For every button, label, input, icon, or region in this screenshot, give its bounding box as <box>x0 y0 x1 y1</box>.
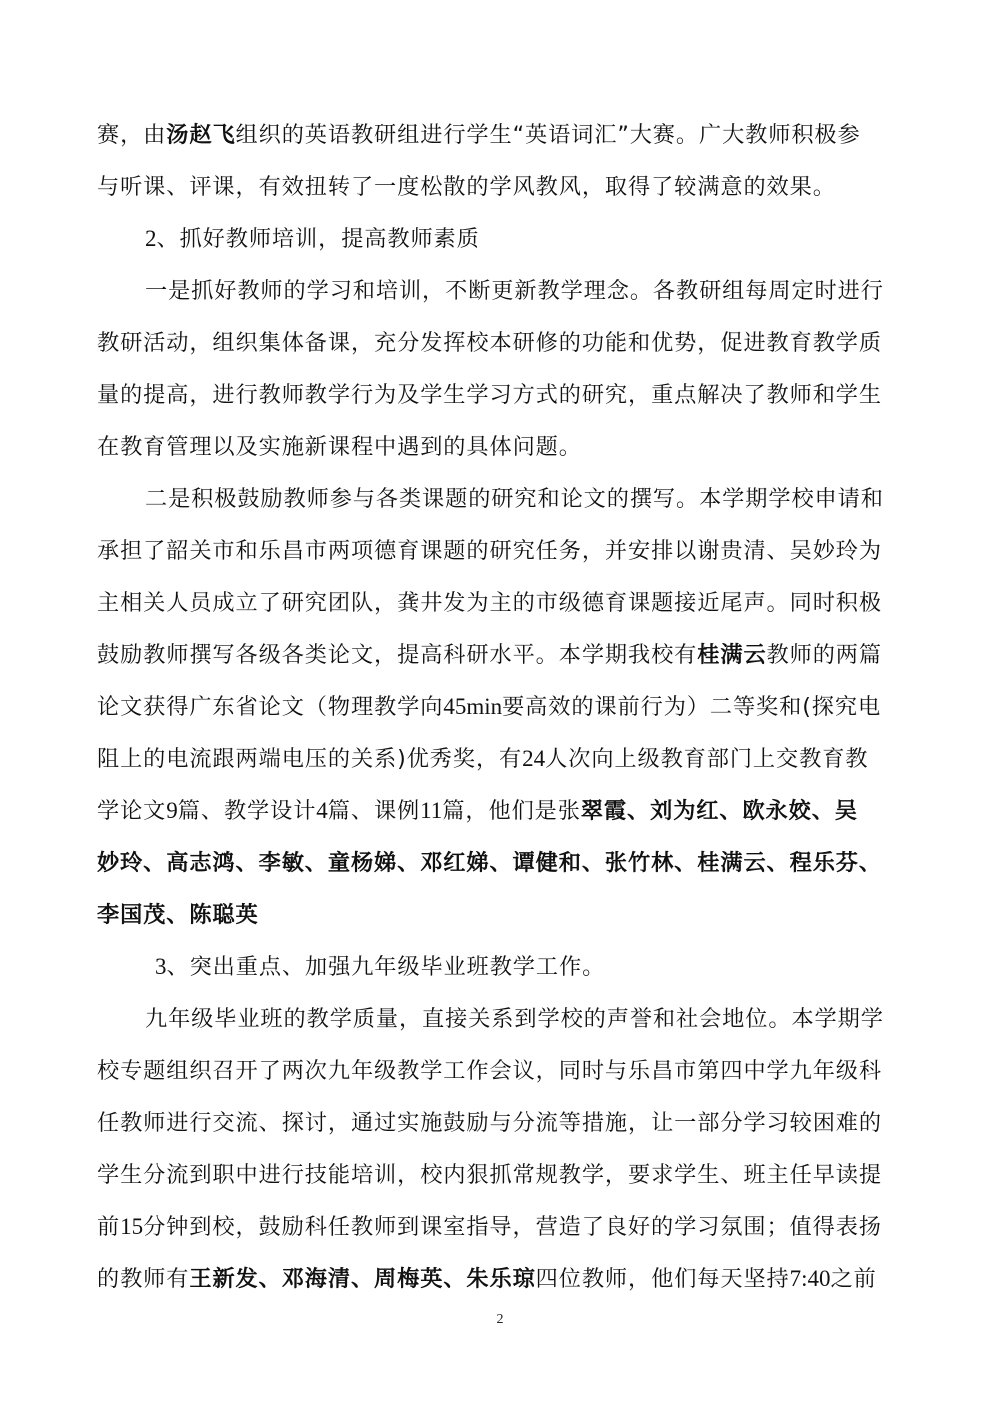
text-segment: 主相关人员成立了研究团队，龚井发为主的市级德育课题接近尾声。同时积极 <box>97 590 882 616</box>
text-segment: 9 <box>166 798 178 823</box>
text-line: 在教育管理以及实施新课程中遇到的具体问题。 <box>97 421 907 473</box>
text-segment: 九年级毕业班的教学质量，直接关系到学校的声誉和社会地位。本学期学 <box>145 1006 884 1032</box>
text-segment: 四位教师，他们每天坚持 <box>536 1266 790 1292</box>
bold-name-text: 妙玲、高志鸿、李敏、童杨娣、邓红娣、谭健和、张竹林、桂满云、程乐芬、 <box>97 850 882 876</box>
text-line: 论文获得广东省论文（物理教学向45min要高效的课前行为）二等奖和(探究电 <box>97 681 907 733</box>
text-line: 学论文9篇、教学设计4篇、课例11篇，他们是张翠霞、刘为红、欧永姣、吴 <box>97 785 907 837</box>
text-segment: 校专题组织召开了两次九年级教学工作会议，同时与乐昌市第四中学九年级科 <box>97 1058 882 1084</box>
text-segment: 学论文 <box>97 798 166 824</box>
text-segment: 组织的英语教研组进行学生“英语词汇”大赛。广大教师积极参 <box>236 122 861 148</box>
text-line: 校专题组织召开了两次九年级教学工作会议，同时与乐昌市第四中学九年级科 <box>97 1045 907 1097</box>
text-line: 妙玲、高志鸿、李敏、童杨娣、邓红娣、谭健和、张竹林、桂满云、程乐芬、 <box>97 837 907 889</box>
text-segment: 11 <box>420 798 442 823</box>
bold-name-text: 王新发、邓海清、周梅英、朱乐琼 <box>189 1266 535 1292</box>
text-segment: 2 <box>145 226 157 251</box>
bold-name-text: 汤赵飞 <box>166 122 235 148</box>
text-segment: 一是抓好教师的学习和培训，不断更新教学理念。各教研组每周定时进行 <box>145 278 884 304</box>
document-body: 赛，由汤赵飞组织的英语教研组进行学生“英语词汇”大赛。广大教师积极参与听课、评课… <box>97 109 907 1305</box>
text-line: 一是抓好教师的学习和培训，不断更新教学理念。各教研组每周定时进行 <box>97 265 907 317</box>
text-segment: 要高效的课前行为）二等奖和(探究电 <box>502 694 881 720</box>
text-line: 与听课、评课，有效扭转了一度松散的学风教风，取得了较满意的效果。 <box>97 161 907 213</box>
text-line: 鼓励教师撰写各级各类论文，提高科研水平。本学期我校有桂满云教师的两篇 <box>97 629 907 681</box>
text-segment: 15 <box>120 1214 143 1239</box>
bold-name-text: 李国茂、陈聪英 <box>97 902 259 928</box>
text-segment: 学生分流到职中进行技能培训，校内狠抓常规教学，要求学生、班主任早读提 <box>97 1162 882 1188</box>
text-segment: 任教师进行交流、探讨，通过实施鼓励与分流等措施，让一部分学习较困难的 <box>97 1110 882 1136</box>
text-segment: 教师的两篇 <box>767 642 882 668</box>
text-segment: 之前 <box>831 1266 877 1292</box>
text-segment: 分钟到校，鼓励科任教师到课室指导，营造了良好的学习氛围；值得表扬 <box>143 1214 882 1240</box>
text-line: 2、抓好教师培训，提高教师素质 <box>97 213 907 265</box>
text-segment: 赛，由 <box>97 122 166 148</box>
text-line: 九年级毕业班的教学质量，直接关系到学校的声誉和社会地位。本学期学 <box>97 993 907 1045</box>
text-segment: 鼓励教师撰写各级各类论文，提高科研水平。本学期我校有 <box>97 642 697 668</box>
text-segment: 45min <box>443 694 502 719</box>
text-segment: 篇、教学设计 <box>178 798 317 824</box>
text-segment: 篇、课例 <box>328 798 420 824</box>
text-segment: 论文获得广东省论文（物理教学向 <box>97 694 443 720</box>
text-line: 二是积极鼓励教师参与各类课题的研究和论文的撰写。本学期学校申请和 <box>97 473 907 525</box>
text-line: 教研活动，组织集体备课，充分发挥校本研修的功能和优势，促进教育教学质 <box>97 317 907 369</box>
text-segment: 量的提高，进行教师教学行为及学生学习方式的研究，重点解决了教师和学生 <box>97 382 882 408</box>
bold-name-text: 翠霞、刘为红、欧永姣、吴 <box>581 798 858 824</box>
bold-name-text: 桂满云 <box>697 642 766 668</box>
document-page: 赛，由汤赵飞组织的英语教研组进行学生“英语词汇”大赛。广大教师积极参与听课、评课… <box>0 0 1000 1415</box>
text-segment: 与听课、评课，有效扭转了一度松散的学风教风，取得了较满意的效果。 <box>97 174 836 200</box>
text-segment: 的教师有 <box>97 1266 189 1292</box>
text-segment: 4 <box>316 798 328 823</box>
text-segment: 教研活动，组织集体备课，充分发挥校本研修的功能和优势，促进教育教学质 <box>97 330 882 356</box>
text-segment: 人次向上级教育部门上交教育教 <box>545 746 868 772</box>
text-line: 赛，由汤赵飞组织的英语教研组进行学生“英语词汇”大赛。广大教师积极参 <box>97 109 907 161</box>
text-line: 承担了韶关市和乐昌市两项德育课题的研究任务，并安排以谢贵清、吴妙玲为 <box>97 525 907 577</box>
text-segment: 承担了韶关市和乐昌市两项德育课题的研究任务，并安排以谢贵清、吴妙玲为 <box>97 538 882 564</box>
text-line: 阻上的电流跟两端电压的关系)优秀奖，有24人次向上级教育部门上交教育教 <box>97 733 907 785</box>
text-segment: 3 <box>155 954 167 979</box>
text-line: 李国茂、陈聪英 <box>97 889 907 941</box>
text-segment: 、突出重点、加强九年级毕业班教学工作。 <box>167 954 606 980</box>
text-segment: 前 <box>97 1214 120 1240</box>
text-line: 学生分流到职中进行技能培训，校内狠抓常规教学，要求学生、班主任早读提 <box>97 1149 907 1201</box>
text-line: 前15分钟到校，鼓励科任教师到课室指导，营造了良好的学习氛围；值得表扬 <box>97 1201 907 1253</box>
text-segment: 在教育管理以及实施新课程中遇到的具体问题。 <box>97 434 582 460</box>
text-line: 量的提高，进行教师教学行为及学生学习方式的研究，重点解决了教师和学生 <box>97 369 907 421</box>
text-segment: 阻上的电流跟两端电压的关系)优秀奖，有 <box>97 746 522 772</box>
page-number: 2 <box>0 1312 1000 1328</box>
text-segment: 24 <box>522 746 545 771</box>
text-line: 3、突出重点、加强九年级毕业班教学工作。 <box>97 941 907 993</box>
text-segment: 、抓好教师培训，提高教师素质 <box>157 226 480 252</box>
text-segment: 二是积极鼓励教师参与各类课题的研究和论文的撰写。本学期学校申请和 <box>145 486 884 512</box>
text-line: 任教师进行交流、探讨，通过实施鼓励与分流等措施，让一部分学习较困难的 <box>97 1097 907 1149</box>
text-line: 的教师有王新发、邓海清、周梅英、朱乐琼四位教师，他们每天坚持7:40之前 <box>97 1253 907 1305</box>
text-segment: 篇，他们是张 <box>442 798 581 824</box>
text-line: 主相关人员成立了研究团队，龚井发为主的市级德育课题接近尾声。同时积极 <box>97 577 907 629</box>
text-segment: 7:40 <box>790 1266 831 1291</box>
